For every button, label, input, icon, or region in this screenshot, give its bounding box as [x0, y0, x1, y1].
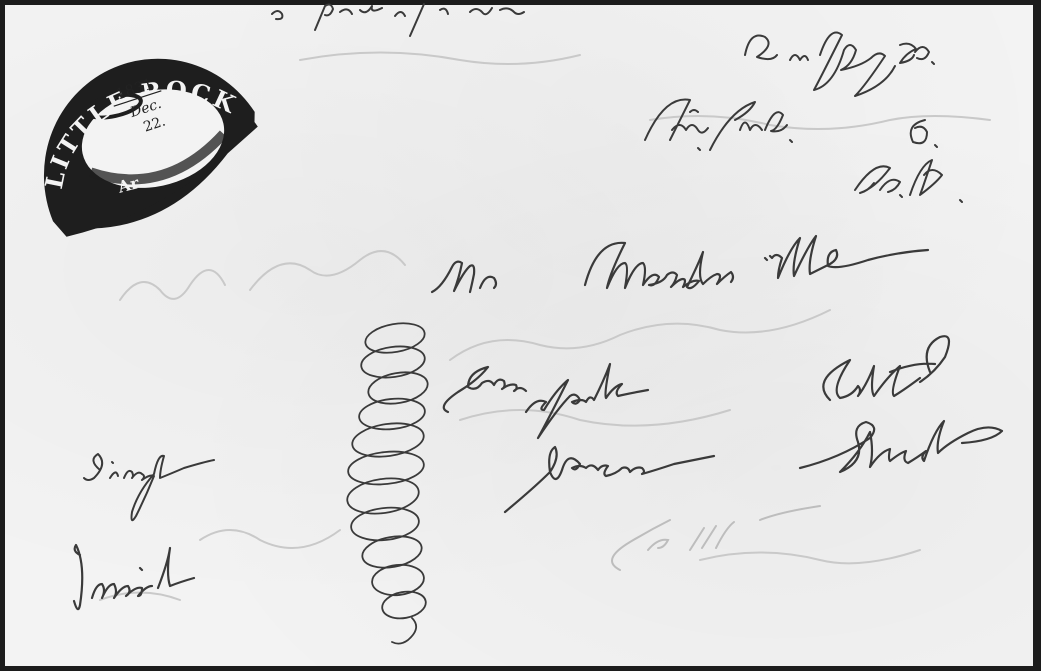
handwriting-layer	[0, 0, 1041, 671]
address-script	[432, 236, 1002, 570]
rate-notation-script	[74, 454, 214, 609]
scroll-flourish	[345, 319, 430, 644]
top-fragment-script	[272, 4, 524, 36]
docketing-script	[645, 33, 962, 203]
